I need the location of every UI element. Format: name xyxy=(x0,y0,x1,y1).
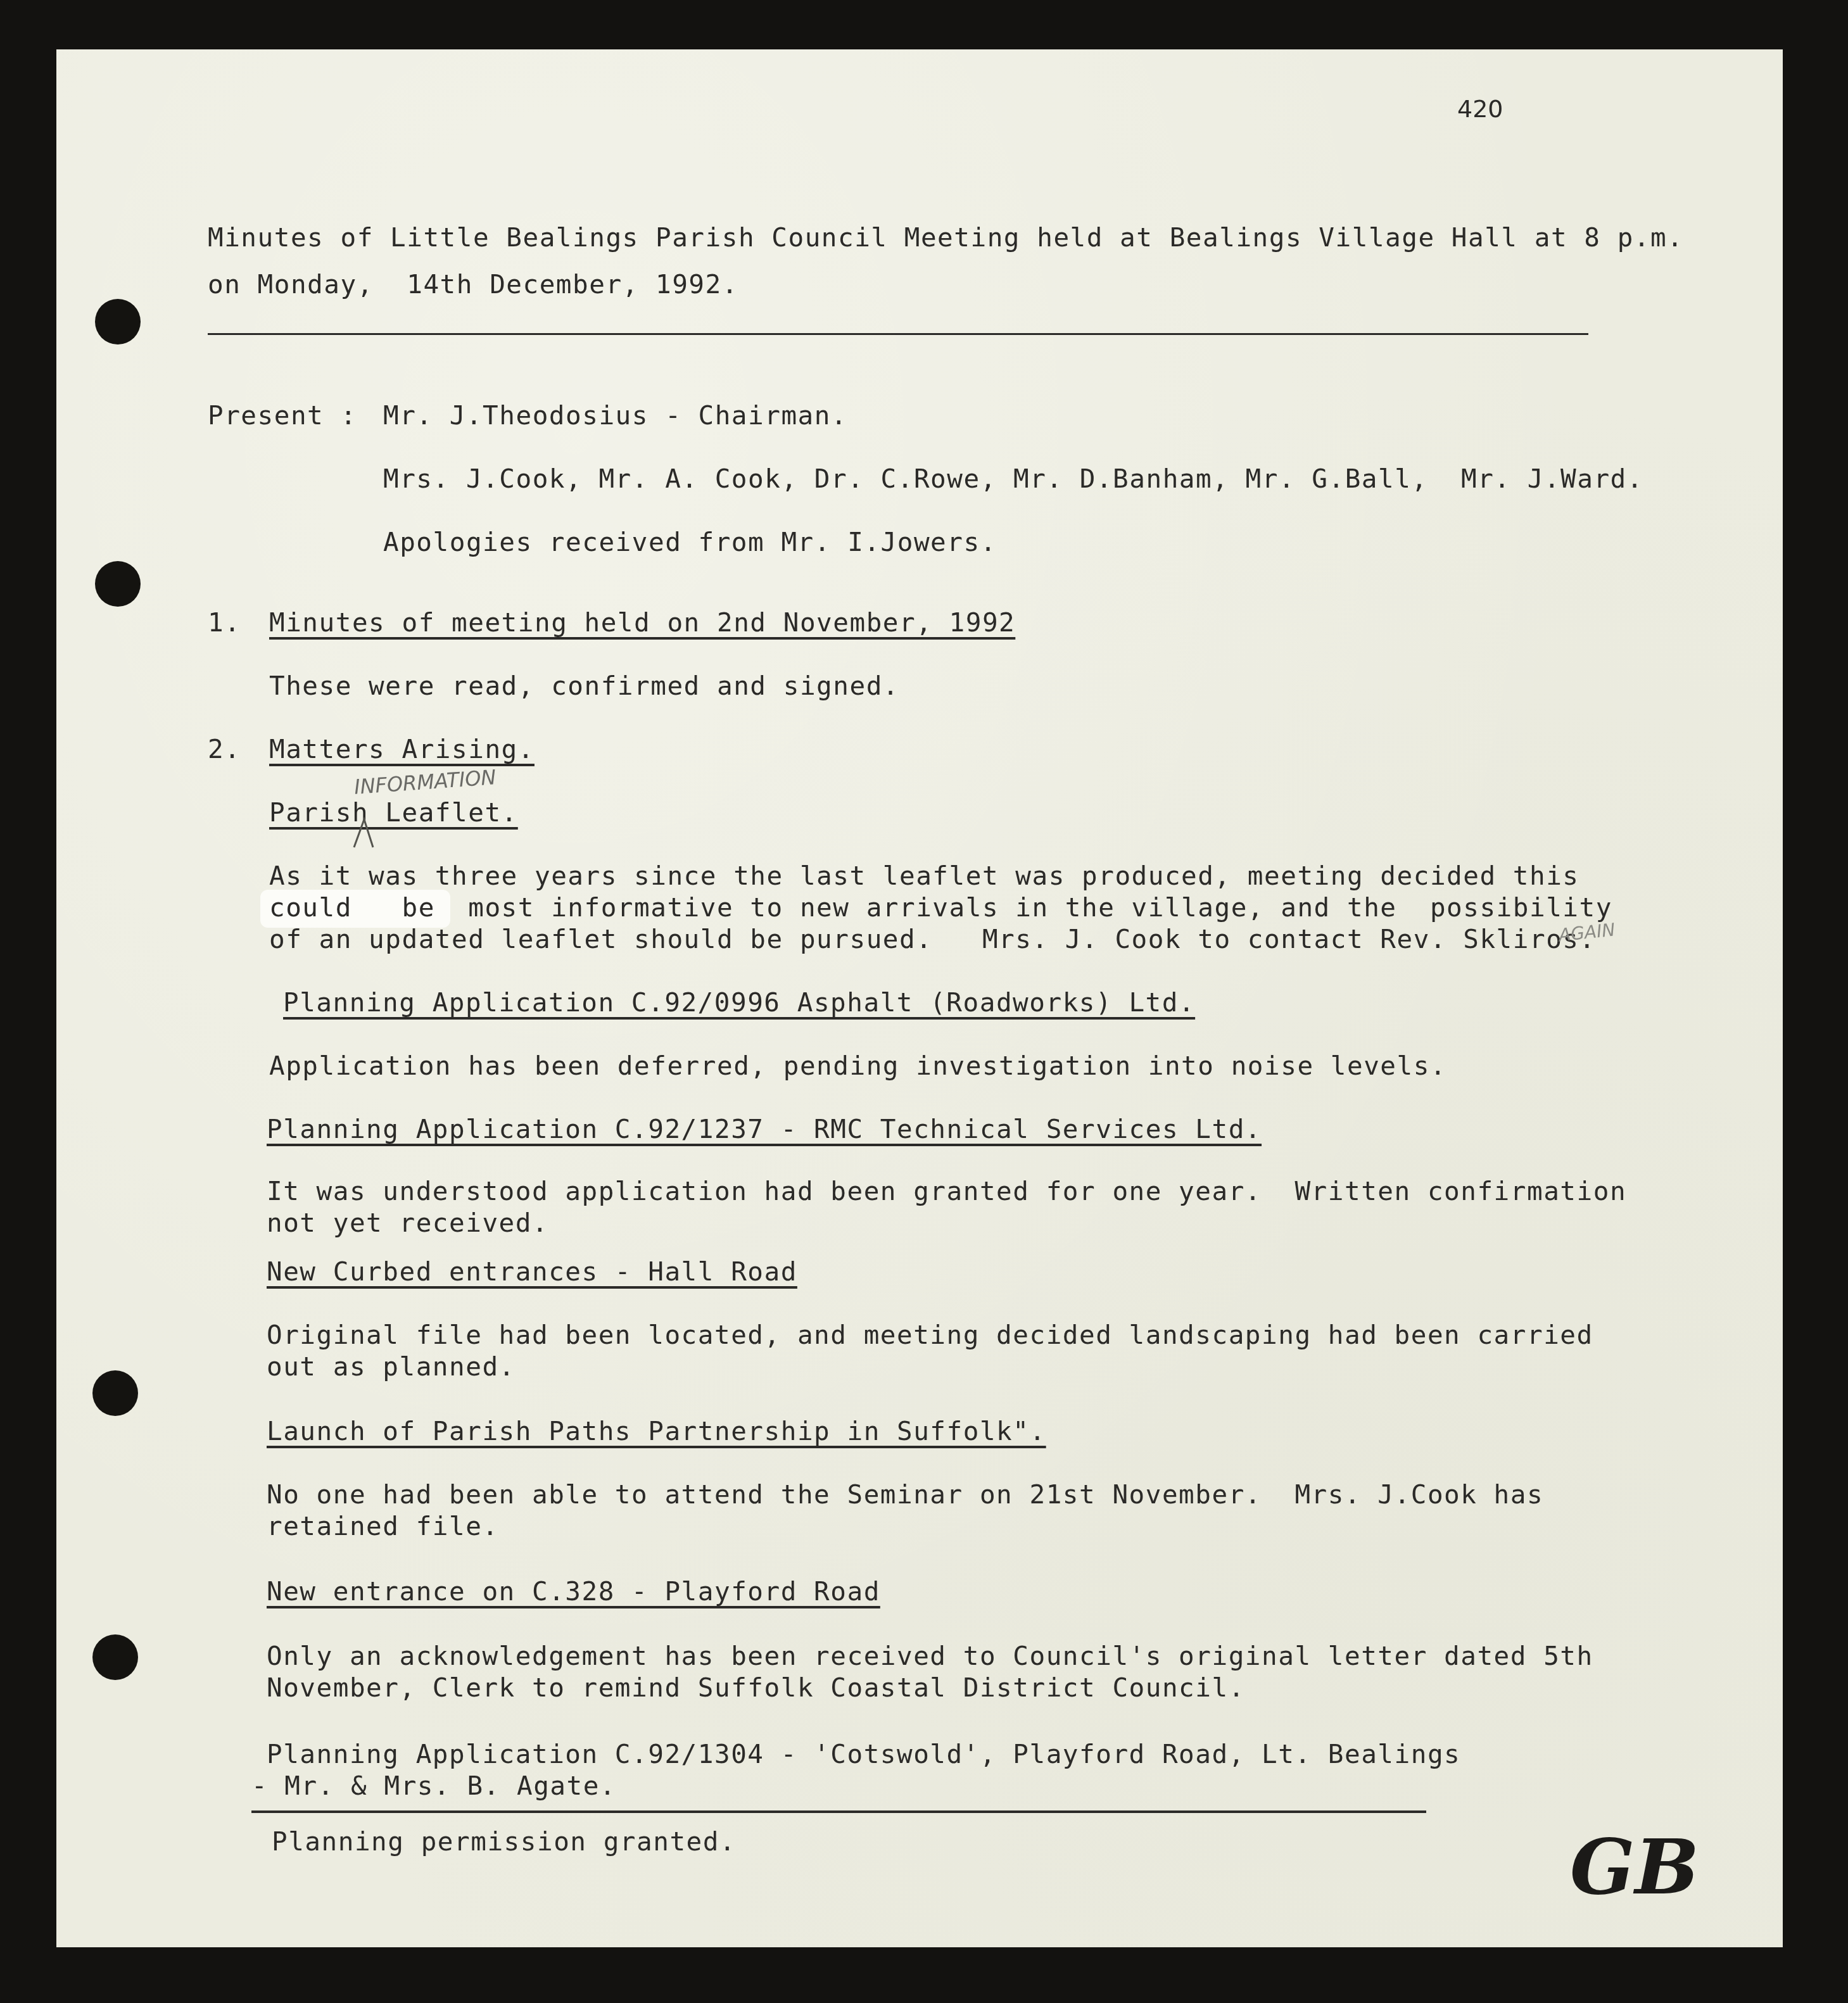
document-page: 420 Minutes of Little Bealings Parish Co… xyxy=(56,49,1783,1947)
subitem-body: retained file. xyxy=(267,1510,499,1542)
header-line-2: on Monday, 14th December, 1992. xyxy=(208,269,738,300)
members-present: Mrs. J.Cook, Mr. A. Cook, Dr. C.Rowe, Mr… xyxy=(383,463,1643,495)
subitem-body: not yet received. xyxy=(267,1207,548,1239)
subitem-body: November, Clerk to remind Suffolk Coasta… xyxy=(267,1672,1245,1703)
subitem-title: Launch of Parish Paths Partnership in Su… xyxy=(267,1415,1046,1447)
subitem-body: Planning permission granted. xyxy=(272,1826,736,1857)
subitem-body: Application has been deferred, pending i… xyxy=(269,1050,1446,1082)
item-title: Matters Arising. xyxy=(269,733,535,765)
present-label: Present : xyxy=(208,400,357,431)
subitem-title: Planning Application C.92/0996 Asphalt (… xyxy=(283,987,1195,1018)
item-title: Minutes of meeting held on 2nd November,… xyxy=(269,607,1015,638)
item-body: These were read, confirmed and signed. xyxy=(269,670,899,702)
punch-hole xyxy=(95,561,141,607)
signature-initials: GB xyxy=(1570,1823,1699,1912)
subitem-body: As it was three years since the last lea… xyxy=(269,860,1579,892)
apologies: Apologies received from Mr. I.Jowers. xyxy=(383,526,997,558)
subitem-body: of an updated leaflet should be pursued.… xyxy=(269,923,1596,955)
subitem-body: No one had been able to attend the Semin… xyxy=(267,1479,1543,1510)
subitem-title: Planning Application C.92/1304 - 'Cotswo… xyxy=(267,1738,1460,1770)
subitem-title-underline xyxy=(251,1810,1426,1813)
subitem-title: Parish Leaflet. xyxy=(269,797,518,828)
subitem-body: It was understood application had been g… xyxy=(267,1175,1626,1207)
header-line-1: Minutes of Little Bealings Parish Counci… xyxy=(208,222,1683,253)
item-number: 2. xyxy=(208,733,241,765)
subitem-body: Original file had been located, and meet… xyxy=(267,1319,1593,1351)
header-divider xyxy=(208,333,1588,335)
subitem-title: - Mr. & Mrs. B. Agate. xyxy=(251,1770,616,1802)
punch-hole xyxy=(95,299,141,344)
subitem-title: New entrance on C.328 - Playford Road xyxy=(267,1576,880,1607)
subitem-title: Planning Application C.92/1237 - RMC Tec… xyxy=(267,1113,1262,1145)
punch-hole xyxy=(92,1634,138,1680)
punch-hole xyxy=(92,1370,138,1416)
page-number: 420 xyxy=(1457,95,1503,123)
item-number: 1. xyxy=(208,607,241,638)
subitem-body: Only an acknowledgement has been receive… xyxy=(267,1640,1593,1672)
subitem-body: out as planned. xyxy=(267,1351,516,1382)
handwritten-insertion: INFORMATION xyxy=(353,765,497,799)
insertion-caret-icon xyxy=(351,817,377,849)
chairman: Mr. J.Theodosius - Chairman. xyxy=(383,400,847,431)
subitem-body: could be most informative to new arrival… xyxy=(269,892,1612,923)
subitem-title: New Curbed entrances - Hall Road xyxy=(267,1256,797,1287)
